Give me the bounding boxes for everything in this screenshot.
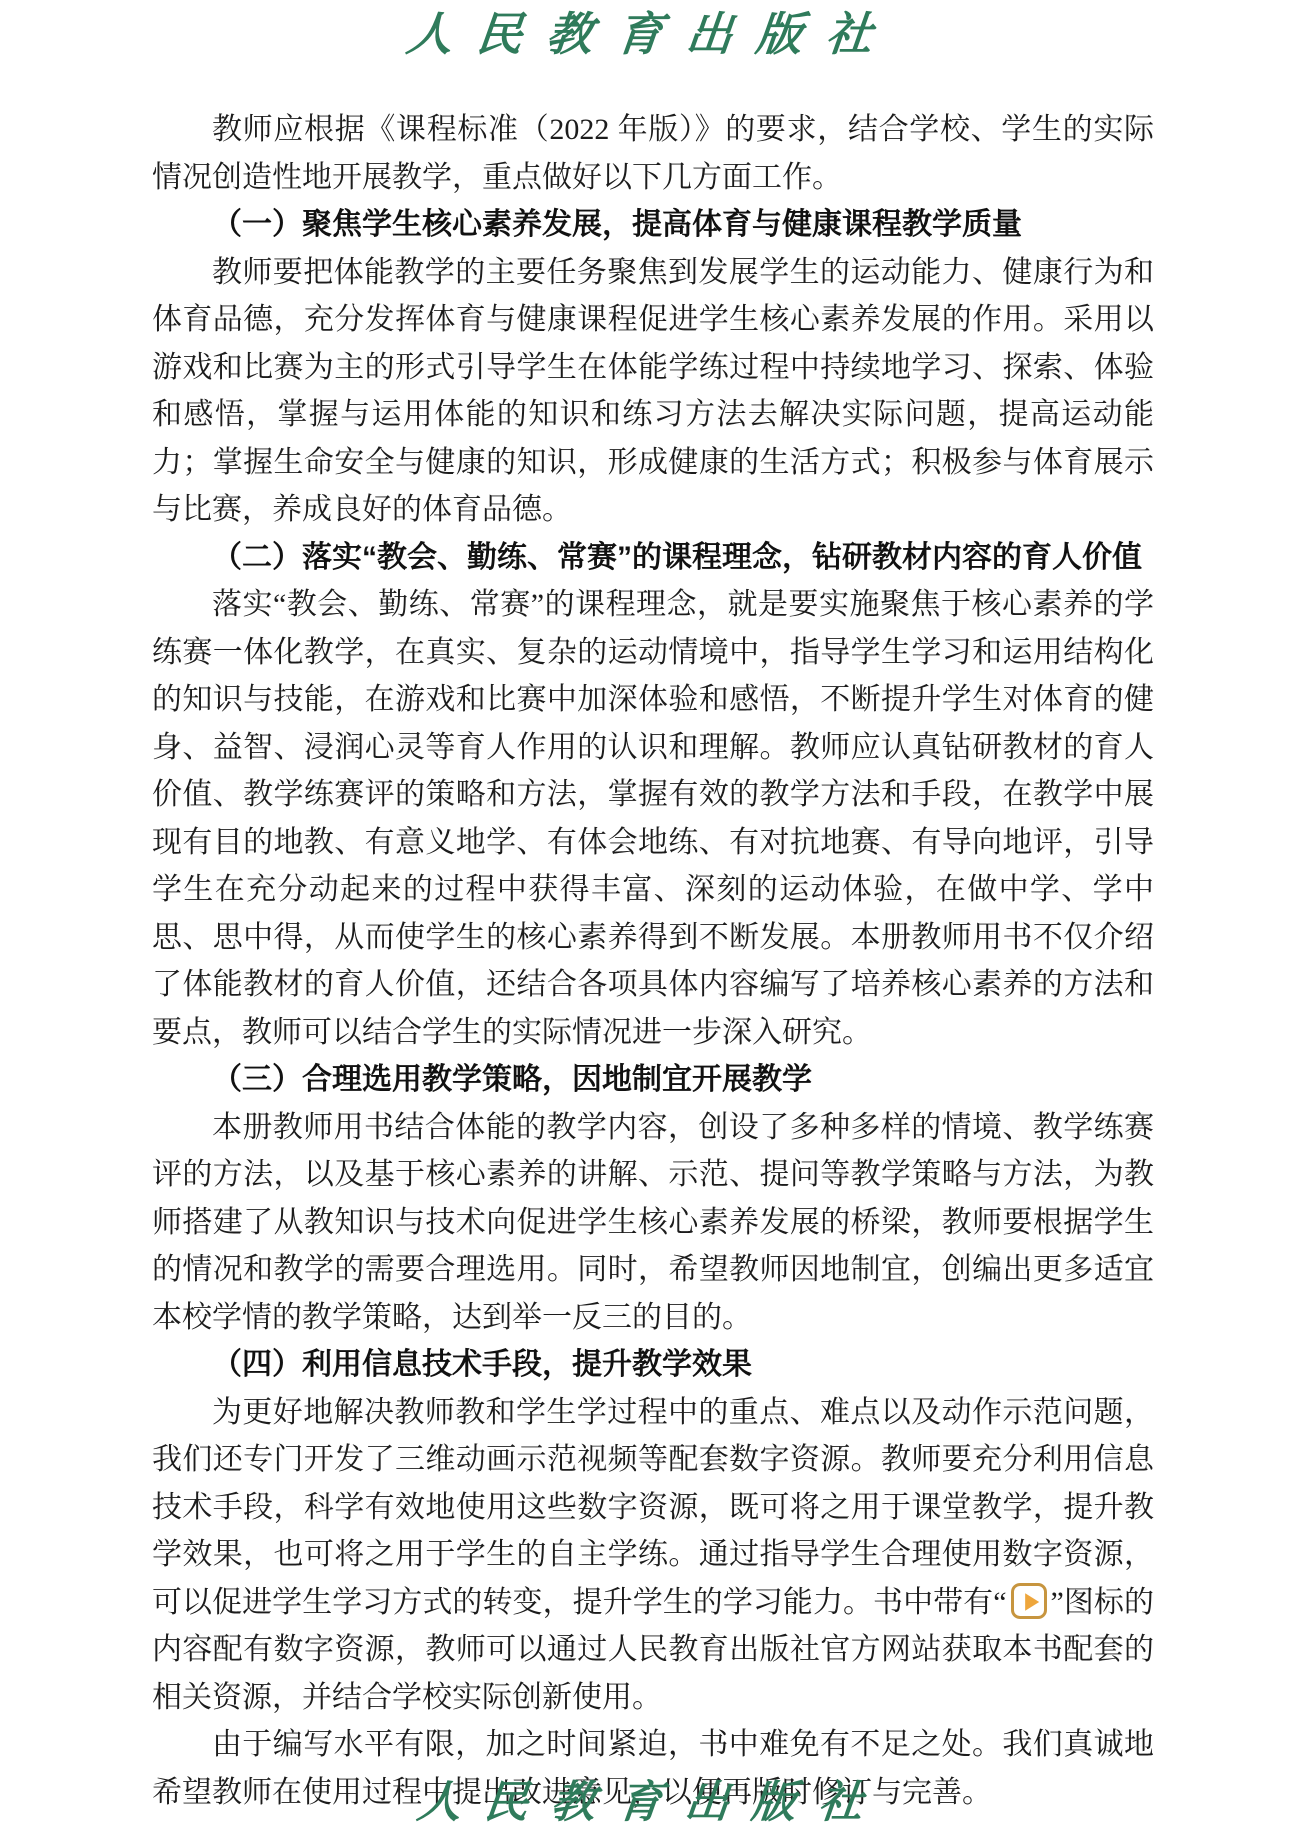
section-3-heading: （三）合理选用教学策略，因地制宜开展教学	[152, 1056, 1154, 1104]
section-1-heading: （一）聚焦学生核心素养发展，提高体育与健康课程教学质量	[152, 201, 1154, 249]
publisher-logo-header: 人民教育出版社	[0, 8, 1303, 60]
publisher-logo-footer: 人民教育出版社	[0, 1778, 1303, 1828]
section-2-heading: （二）落实“教会、勤练、常赛”的课程理念，钻研教材内容的育人价值	[152, 534, 1154, 582]
section-1-paragraph: 教师要把体能教学的主要任务聚焦到发展学生的运动能力、健康行为和体育品德，充分发挥…	[152, 249, 1154, 534]
section-4-heading: （四）利用信息技术手段，提升教学效果	[152, 1341, 1154, 1389]
section-3-paragraph: 本册教师用书结合体能的教学内容，创设了多种多样的情境、教学练赛评的方法，以及基于…	[152, 1104, 1154, 1342]
section-4-paragraph: 为更好地解决教师教和学生学过程中的重点、难点以及动作示范问题，我们还专门开发了三…	[152, 1389, 1154, 1722]
section-2-paragraph: 落实“教会、勤练、常赛”的课程理念，就是要实施聚焦于核心素养的学练赛一体化教学，…	[152, 581, 1154, 1056]
intro-paragraph: 教师应根据《课程标准（2022 年版）》的要求，结合学校、学生的实际情况创造性地…	[152, 106, 1154, 201]
play-icon	[1011, 1583, 1047, 1619]
section-4-text-before-icon: 为更好地解决教师教和学生学过程中的重点、难点以及动作示范问题，我们还专门开发了三…	[152, 1396, 1154, 1619]
page-body: 教师应根据《课程标准（2022 年版）》的要求，结合学校、学生的实际情况创造性地…	[152, 106, 1154, 1816]
